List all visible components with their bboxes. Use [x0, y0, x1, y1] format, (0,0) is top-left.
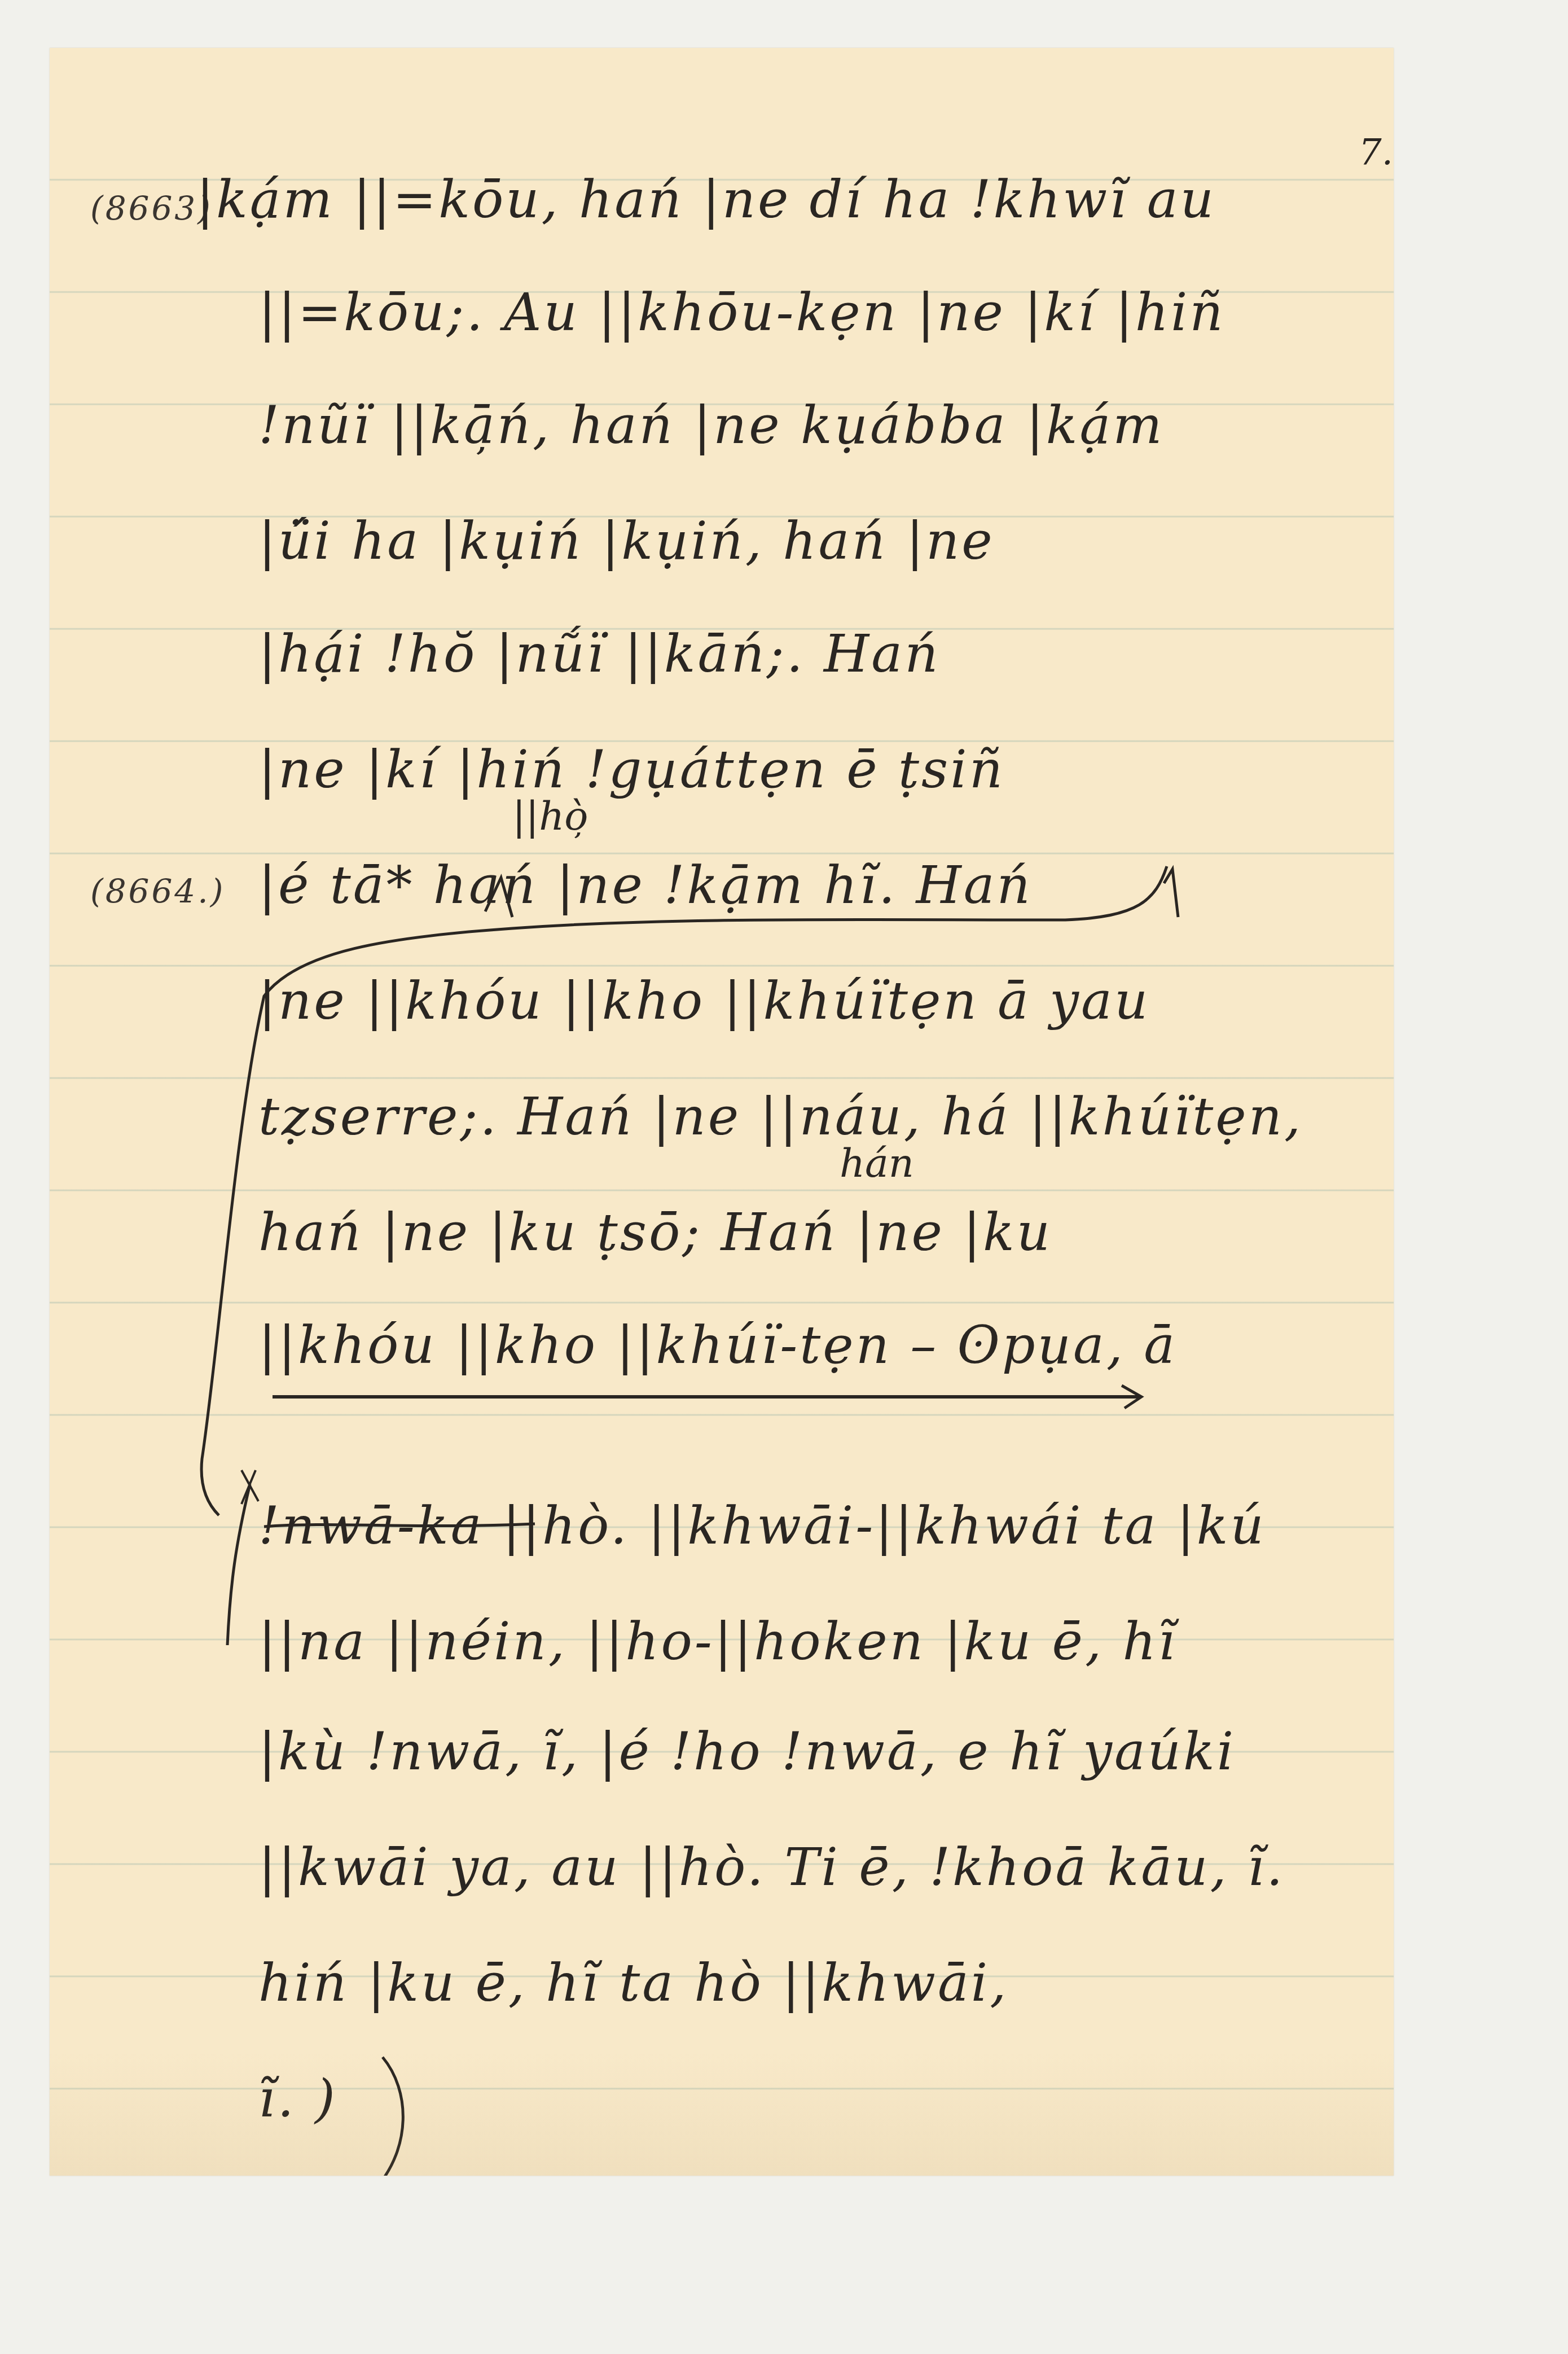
- strike-through: [264, 1524, 535, 1527]
- cross-mark: [241, 1470, 258, 1504]
- manuscript-line: ĩ. ): [258, 2068, 337, 2129]
- pen-marks: [50, 48, 1394, 2176]
- caret-mark: [1164, 869, 1178, 917]
- closing-parenthesis: [377, 2057, 403, 2176]
- opening-parenthesis: [227, 1484, 250, 1645]
- manuscript-page: 7. (8663) (8664.) |kạ́m ||=kōu, hań |ne …: [50, 48, 1394, 2176]
- caret-mark: [485, 878, 512, 917]
- insertion-bracket: [201, 866, 1167, 1515]
